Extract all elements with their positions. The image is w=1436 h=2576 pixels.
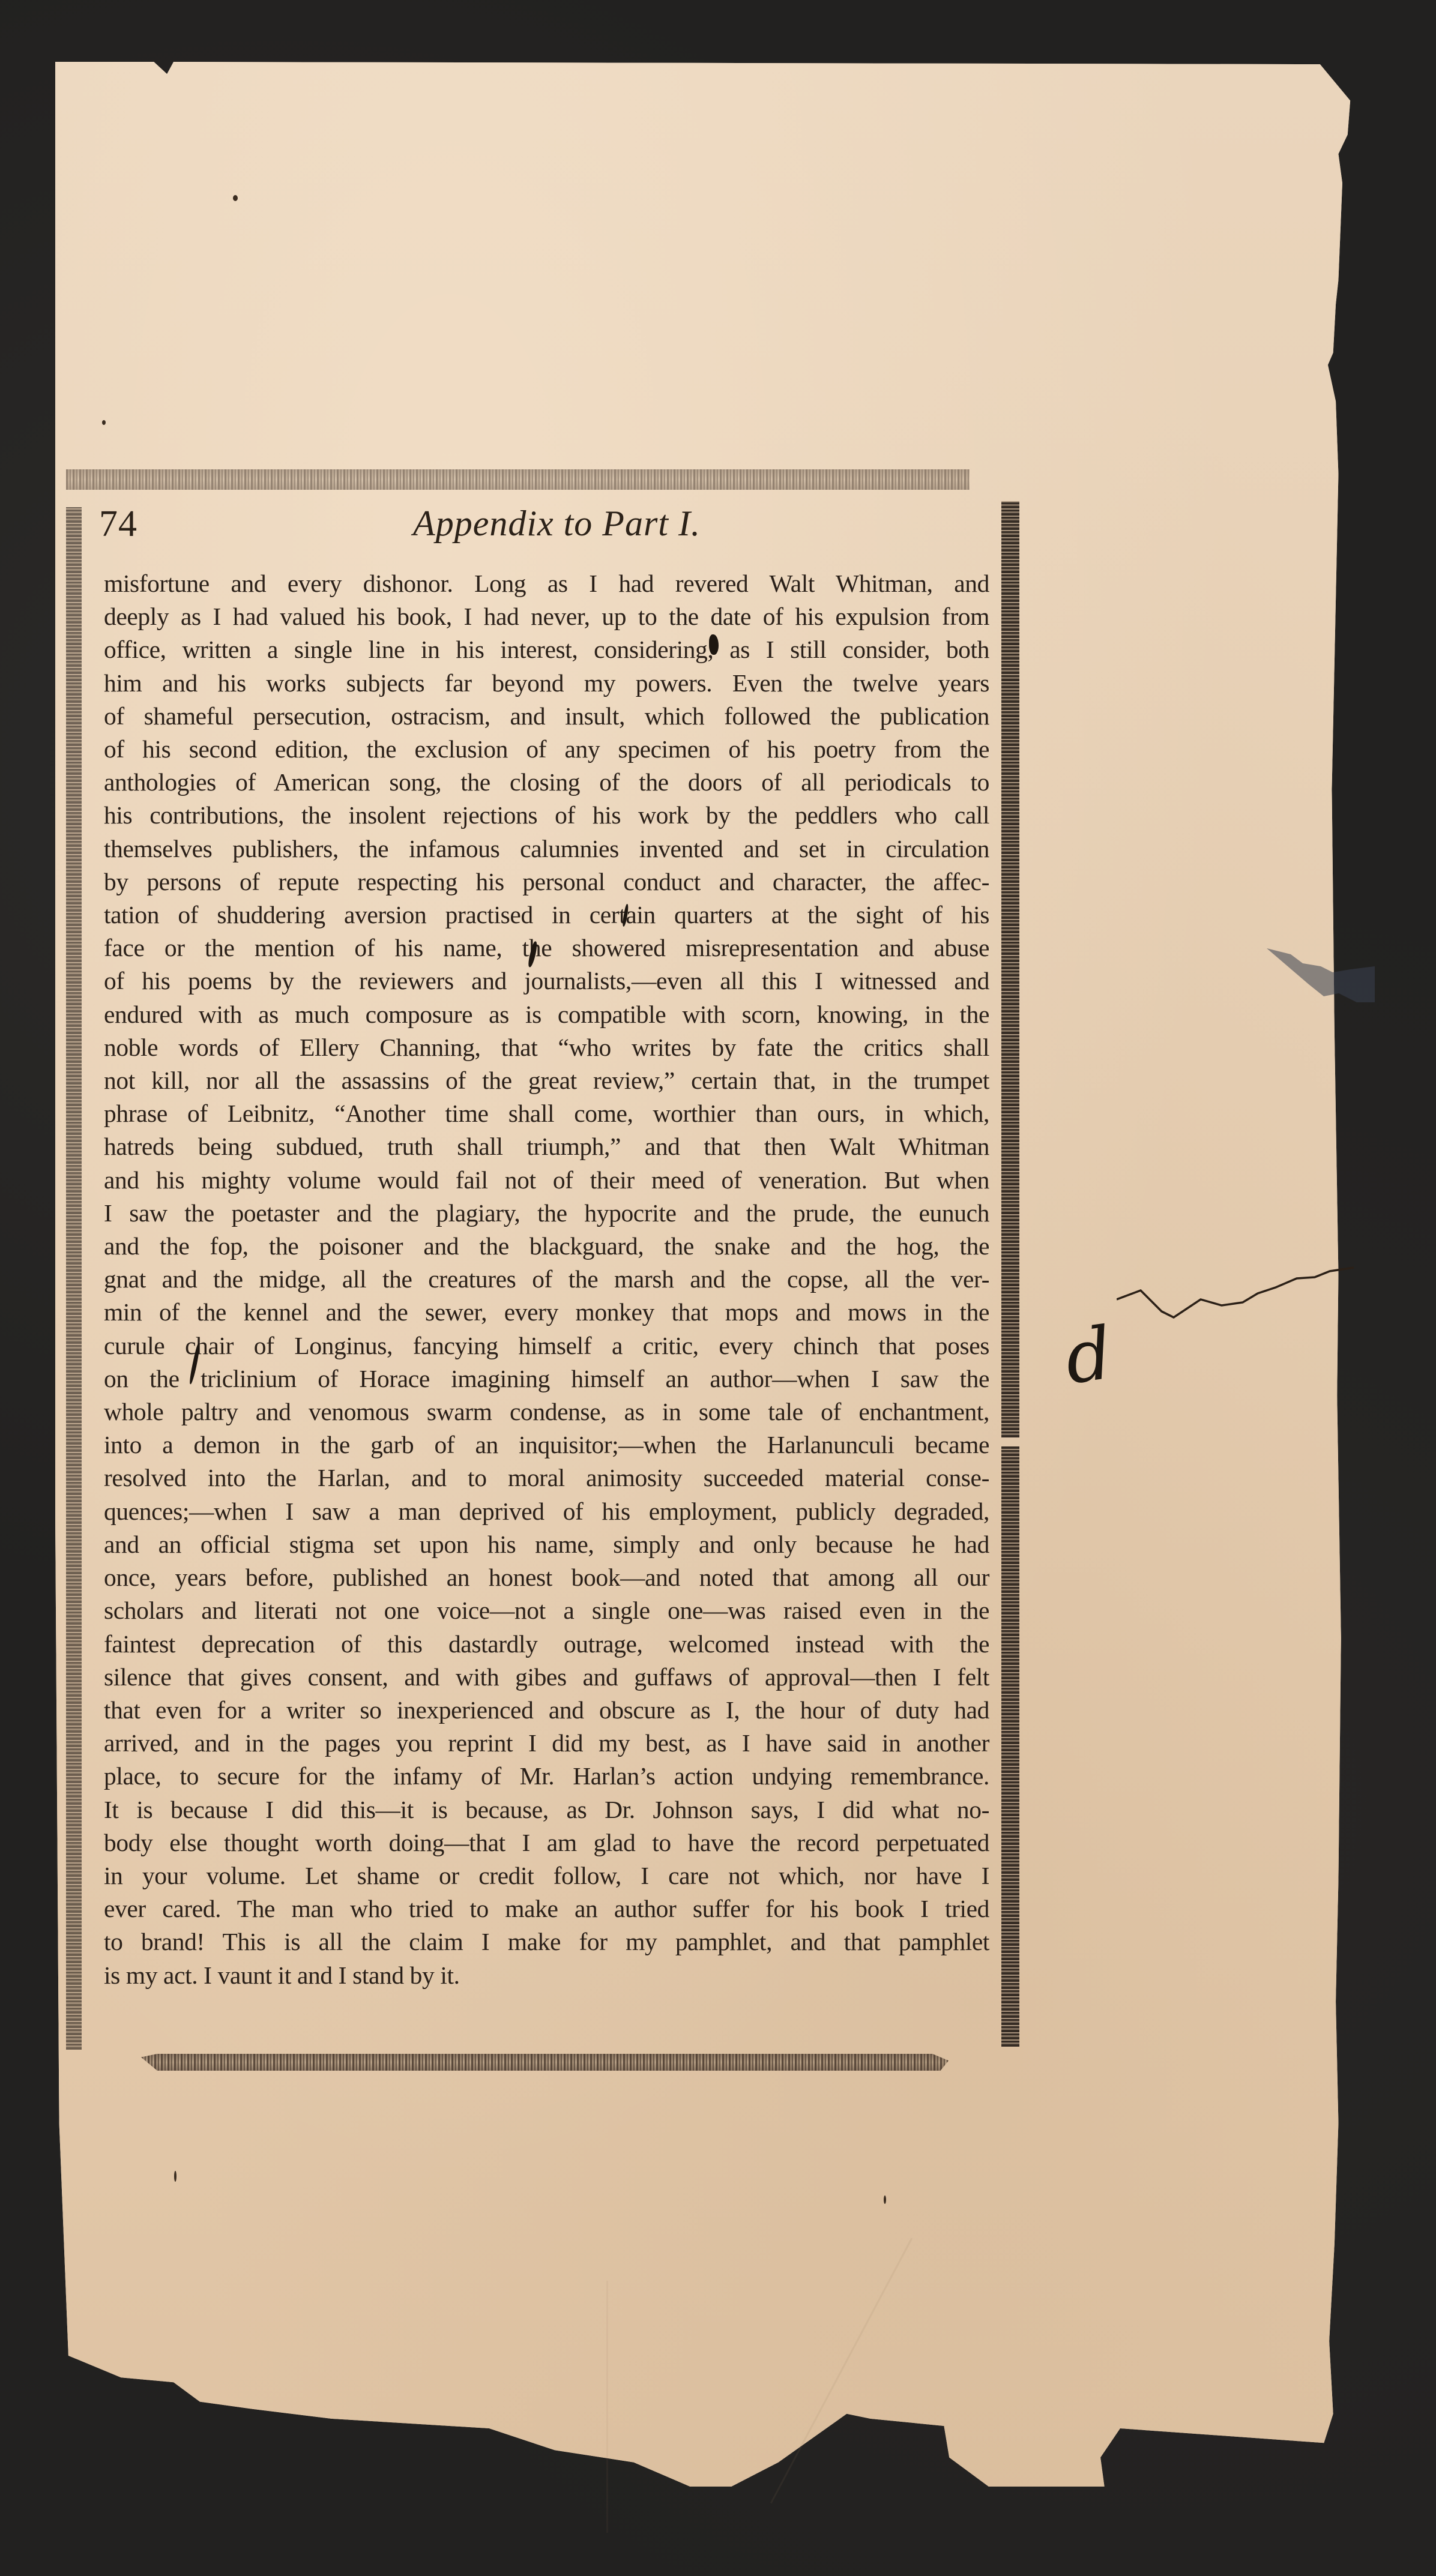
paper-speck [102,420,106,425]
text-line: deeply as I had valued his book, I had n… [104,600,989,633]
text-line: faintest deprecation of this dastardly o… [104,1628,989,1661]
text-line: by persons of repute respecting his pers… [104,865,989,898]
ink-blot [709,634,719,655]
paper-speck [884,2195,886,2204]
paper-crease [606,2281,608,2533]
ornamental-rule-bottom [141,2054,949,2071]
text-line-final: is my act. I vaunt it and I stand by it. [104,1959,989,1992]
text-line: ever cared. The man who tried to make an… [104,1892,989,1925]
text-line: face or the mention of his name, the sho… [104,931,989,964]
text-line: of shameful persecution, ostracism, and … [104,700,989,733]
text-line: anthologies of American song, the closin… [104,766,989,799]
text-line: tation of shuddering aversion practised … [104,898,989,931]
text-line: quences;—when I saw a man deprived of hi… [104,1495,989,1528]
text-line: his contributions, the insolent rejectio… [104,799,989,832]
text-line: and the fop, the poisoner and the blackg… [104,1230,989,1263]
text-line: resolved into the Harlan, and to moral a… [104,1461,989,1494]
text-line: misfortune and every dishonor. Long as I… [104,567,989,600]
text-line: endured with as much composure as is com… [104,998,989,1031]
text-line: It is because I did this—it is because, … [104,1793,989,1826]
text-line: into a demon in the garb of an inquisito… [104,1428,989,1461]
paper-speck [174,2171,176,2182]
paper-tear-icon [1117,1266,1357,1338]
text-line: to brand! This is all the claim I make f… [104,1925,989,1958]
text-line: hatreds being subdued, truth shall trium… [104,1130,989,1163]
text-line: phrase of Leibnitz, “Another time shall … [104,1097,989,1130]
text-line: noble words of Ellery Channing, that “wh… [104,1031,989,1064]
paper-speck [233,195,238,201]
text-line: in your volume. Let shame or credit foll… [104,1859,989,1892]
text-line: whole paltry and venomous swarm condense… [104,1395,989,1428]
text-line: curule chair of Longinus, fancying himse… [104,1329,989,1362]
text-line: silence that gives consent, and with gib… [104,1661,989,1694]
page-header: 74 Appendix to Part I. [99,503,991,551]
text-line: once, years before, published an honest … [104,1561,989,1594]
text-line: place, to secure for the infamy of Mr. H… [104,1760,989,1793]
ornamental-border-right-lower [1001,1446,1019,2047]
ornamental-border-right [1001,501,1019,1437]
ornamental-rule-top [66,469,970,490]
body-text: misfortune and every dishonor. Long as I… [104,567,989,1992]
text-line: that even for a writer so inexperienced … [104,1694,989,1727]
text-line: scholars and literati not one voice—not … [104,1594,989,1627]
text-line: gnat and the midge, all the creatures of… [104,1263,989,1296]
text-line: and his mighty volume would fail not of … [104,1164,989,1197]
ornamental-border-left [66,507,82,2050]
text-line: him and his works subjects far beyond my… [104,667,989,700]
text-line: not kill, nor all the assassins of the g… [104,1064,989,1097]
text-line: themselves publishers, the infamous calu… [104,832,989,865]
text-line: of his second edition, the exclusion of … [104,733,989,766]
text-line: min of the kennel and the sewer, every m… [104,1296,989,1329]
text-line: arrived, and in the pages you reprint I … [104,1727,989,1760]
text-line: I saw the poetaster and the plagiary, th… [104,1197,989,1230]
paper-tear-icon [1267,936,1375,1008]
text-line: body else thought worth doing—that I am … [104,1826,989,1859]
text-line: office, written a single line in his int… [104,633,989,666]
text-line: of his poems by the reviewers and journa… [104,964,989,998]
text-line: on the triclinium of Horace imagining hi… [104,1362,989,1395]
running-head: Appendix to Part I. [99,503,991,544]
text-line: and an official stigma set upon his name… [104,1528,989,1561]
